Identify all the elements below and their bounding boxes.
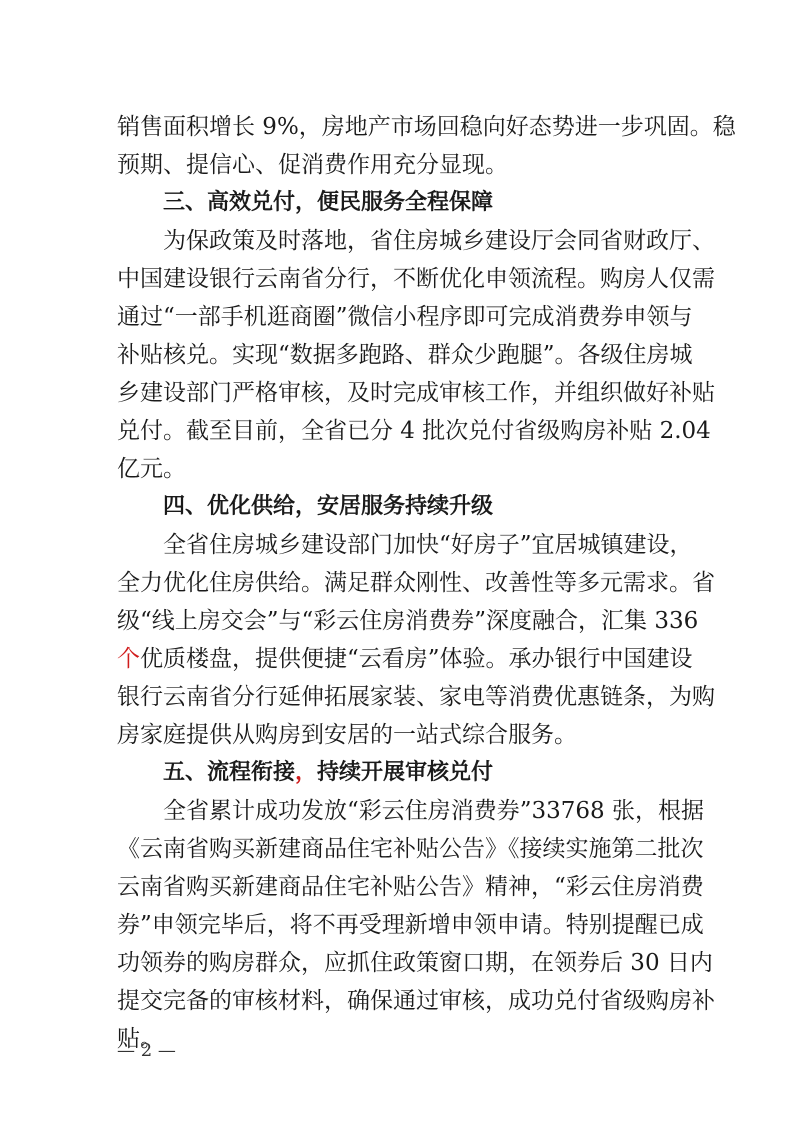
body-line: 亿元。 bbox=[117, 450, 687, 488]
body-line: 预期、提信心、促消费作用充分显现。 bbox=[117, 146, 687, 184]
body-line: 通过“一部手机逛商圈”微信小程序即可完成消费券申领与 bbox=[117, 298, 687, 336]
red-highlight-char: 个 bbox=[117, 646, 140, 672]
body-line: 中国建设银行云南省分行，不断优化申领流程。购房人仅需 bbox=[117, 260, 687, 298]
body-line: 券”申领完毕后，将不再受理新增申领申请。特别提醒已成 bbox=[117, 906, 687, 944]
section-heading-5: 五、流程衔接，持续开展审核兑付 bbox=[117, 754, 687, 792]
page-number: — 2 — bbox=[117, 1040, 176, 1061]
body-line: 银行云南省分行延伸拓展家装、家电等消费优惠链条，为购 bbox=[117, 678, 687, 716]
paragraph-start: 全省住房城乡建设部门加快“好房子”宜居城镇建设， bbox=[117, 526, 687, 564]
body-line: 兑付。截至目前，全省已分 4 批次兑付省级购房补贴 2.04 bbox=[117, 412, 687, 450]
body-line: 销售面积增长 9%，房地产市场回稳向好态势进一步巩固。稳 bbox=[117, 108, 687, 146]
body-text: 优质楼盘，提供便捷“云看房”体验。承办银行中国建设 bbox=[140, 646, 693, 672]
document-page: 销售面积增长 9%，房地产市场回稳向好态势进一步巩固。稳 预期、提信心、促消费作… bbox=[117, 108, 687, 1058]
body-line: 补贴核兑。实现“数据多跑路、群众少跑腿”。各级住房城 bbox=[117, 336, 687, 374]
heading-text: 持续开展审核兑付 bbox=[317, 760, 493, 785]
body-line: 个优质楼盘，提供便捷“云看房”体验。承办银行中国建设 bbox=[117, 640, 687, 678]
body-line: 级“线上房交会”与“彩云住房消费券”深度融合，汇集 336 bbox=[117, 602, 687, 640]
paragraph-start: 为保政策及时落地，省住房城乡建设厅会同省财政厅、 bbox=[117, 222, 687, 260]
body-line: 提交完备的审核材料，确保通过审核，成功兑付省级购房补 bbox=[117, 982, 687, 1020]
section-heading-4: 四、优化供给，安居服务持续升级 bbox=[117, 488, 687, 526]
body-line: 房家庭提供从购房到安居的一站式综合服务。 bbox=[117, 716, 687, 754]
heading-text: 五、流程衔接 bbox=[163, 760, 295, 785]
body-line: 云南省购买新建商品住宅补贴公告》精神，“彩云住房消费 bbox=[117, 868, 687, 906]
red-comma: ， bbox=[295, 760, 317, 785]
body-line: 功领券的购房群众，应抓住政策窗口期，在领券后 30 日内 bbox=[117, 944, 687, 982]
section-heading-3: 三、高效兑付，便民服务全程保障 bbox=[117, 184, 687, 222]
paragraph-start: 全省累计成功发放“彩云住房消费券”33768 张，根据 bbox=[117, 792, 687, 830]
body-line: 《云南省购买新建商品住宅补贴公告》《接续实施第二批次 bbox=[117, 830, 687, 868]
body-line: 贴。 bbox=[117, 1020, 687, 1058]
body-line: 全力优化住房供给。满足群众刚性、改善性等多元需求。省 bbox=[117, 564, 687, 602]
body-line: 乡建设部门严格审核，及时完成审核工作，并组织做好补贴 bbox=[117, 374, 687, 412]
